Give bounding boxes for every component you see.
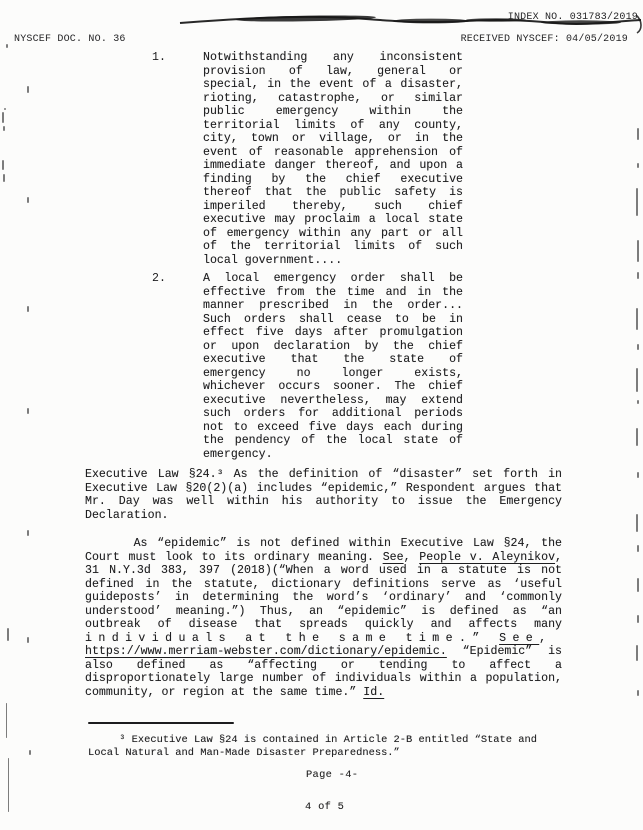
scan-artifact — [636, 368, 638, 392]
text-line: effect five days after promulgation — [203, 326, 463, 340]
text-line: disproportionately large number of indiv… — [85, 672, 562, 686]
text-line: such orders for additional periods — [203, 407, 463, 421]
scan-artifact — [8, 758, 9, 812]
text-line: Declaration. — [85, 509, 562, 523]
document-page: INDEX NO. 031783/2019 NYSCEF DOC. NO. 36… — [0, 0, 643, 830]
underlined-citation: See — [499, 632, 539, 645]
scan-artifact — [27, 197, 29, 203]
scan-artifact — [636, 514, 638, 532]
text-line: thereof that the public safety is — [203, 186, 463, 200]
scan-artifact — [637, 545, 639, 552]
text-line: city, town or village, or in the — [203, 132, 463, 146]
scan-artifact — [3, 174, 5, 182]
text-line: guideposts’ in determining the word’s ‘o… — [85, 591, 562, 605]
nyscef-doc-number: NYSCEF DOC. NO. 36 — [14, 34, 126, 45]
text-line: 31 N.Y.3d 383, 397 (2018)(“When a word u… — [85, 564, 562, 578]
received-date: RECEIVED NYSCEF: 04/05/2019 — [461, 34, 628, 45]
scan-artifact — [637, 690, 639, 696]
index-number: INDEX NO. 031783/2019 — [508, 12, 638, 23]
text-line: Court must look to its ordinary meaning.… — [85, 551, 562, 565]
scan-artifact — [27, 306, 29, 312]
sheet-number-label: 4 of 5 — [305, 801, 344, 813]
text-line: https://www.merriam-webster.com/dictiona… — [85, 645, 562, 659]
footnote: ³ Executive Law §24 is contained in Arti… — [88, 734, 573, 760]
scan-artifact — [27, 408, 29, 414]
text-line: understood’ meaning.”) Thus, an “epidemi… — [85, 605, 562, 619]
scan-artifact — [637, 272, 639, 279]
text-line: defined in the statute, dictionary defin… — [85, 578, 562, 592]
scan-artifact — [637, 128, 639, 140]
text-line: As “epidemic” is not defined within Exec… — [85, 537, 562, 551]
scan-artifact — [636, 308, 638, 330]
text-line: or upon declaration by the chief — [203, 340, 463, 354]
text-line: ³ Executive Law §24 is contained in Arti… — [88, 734, 573, 747]
scan-artifact — [7, 628, 9, 641]
scan-artifact — [29, 750, 31, 755]
page-number-label: Page -4- — [306, 769, 358, 781]
body-paragraph-1: Executive Law §24.³ As the definition of… — [85, 468, 562, 522]
text-line: provision of law, general or — [203, 65, 463, 79]
text-line: Executive Law §24.³ As the definition of… — [85, 468, 562, 482]
text-line: effective from the time and in the — [203, 286, 463, 300]
scan-artifact — [637, 472, 639, 478]
scan-artifact — [636, 645, 638, 661]
text-line: emergency no longer exists, — [203, 367, 463, 381]
scan-artifact — [636, 428, 638, 446]
text-line: special, in the event of a disaster, — [203, 78, 463, 92]
scan-artifact — [2, 160, 4, 170]
scan-artifact — [637, 578, 639, 592]
scan-artifact — [27, 530, 29, 536]
text-line: manner prescribed in the order... — [203, 299, 463, 313]
text-line: Executive Law §20(2)(a) includes “epidem… — [85, 482, 562, 496]
text-line: outbreak of disease that spreads quickly… — [85, 618, 562, 632]
text-line: event of reasonable apprehension of — [203, 146, 463, 160]
scan-artifact — [6, 44, 8, 48]
scan-artifact — [637, 400, 639, 404]
quote-item-1-number: 1. — [152, 51, 166, 65]
text-line: emergency. — [203, 448, 463, 462]
scan-artifact — [637, 163, 639, 168]
scan-artifact — [27, 637, 29, 643]
underlined-citation: https://www.merriam-webster.com/dictiona… — [85, 645, 447, 658]
text-line: executive nevertheless, may extend — [203, 394, 463, 408]
text-line: local government.... — [203, 254, 463, 268]
text-line: A local emergency order shall be — [203, 272, 463, 286]
text-line: executive that the state of — [203, 353, 463, 367]
underlined-citation: Id. — [363, 686, 384, 699]
text-line: of emergency within any part or all — [203, 227, 463, 241]
text-line: also defined as “affecting or tending to… — [85, 659, 562, 673]
quote-item-2-text: A local emergency order shall beeffectiv… — [203, 272, 463, 461]
text-line: of the territorial limits of such — [203, 240, 463, 254]
text-line: Notwithstanding any inconsistent — [203, 51, 463, 65]
text-line: imperiled thereby, such chief — [203, 200, 463, 214]
scan-artifact — [637, 344, 639, 350]
text-line: immediate danger thereof, and upon a — [203, 159, 463, 173]
underlined-citation: See — [383, 551, 404, 564]
quote-item-1-text: Notwithstanding any inconsistentprovisio… — [203, 51, 463, 267]
text-line: rioting, catastrophe, or similar — [203, 92, 463, 106]
scan-artifact — [2, 112, 4, 123]
quote-item-2-number: 2. — [152, 272, 166, 286]
text-line: not to exceed five days each during — [203, 421, 463, 435]
scan-artifact — [3, 126, 5, 131]
text-line: Such orders shall cease to be in — [203, 313, 463, 327]
underlined-citation: People v. Aleynikov — [419, 551, 555, 564]
text-line: territorial limits of any county, — [203, 119, 463, 133]
text-line: community, or region at the same time.” … — [85, 686, 562, 700]
body-paragraph-2: As “epidemic” is not defined within Exec… — [85, 537, 562, 699]
scan-artifact — [6, 703, 7, 738]
scan-artifact — [27, 86, 29, 93]
text-line: individuals at the same time.” See, — [85, 632, 562, 646]
scan-artifact — [636, 188, 638, 216]
text-line: executive may proclaim a local state — [203, 213, 463, 227]
text-line: public emergency within the — [203, 105, 463, 119]
text-line: Local Natural and Man-Made Disaster Prep… — [88, 747, 573, 760]
scan-artifact — [4, 108, 6, 110]
text-line: whichever occurs sooner. The chief — [203, 380, 463, 394]
scan-artifact — [637, 615, 639, 623]
text-line: Mr. Day was well within his authority to… — [85, 495, 562, 509]
footnote-separator — [88, 722, 234, 724]
text-line: finding by the chief executive — [203, 173, 463, 187]
text-line: the pendency of the local state of — [203, 434, 463, 448]
scan-artifact — [637, 240, 639, 262]
